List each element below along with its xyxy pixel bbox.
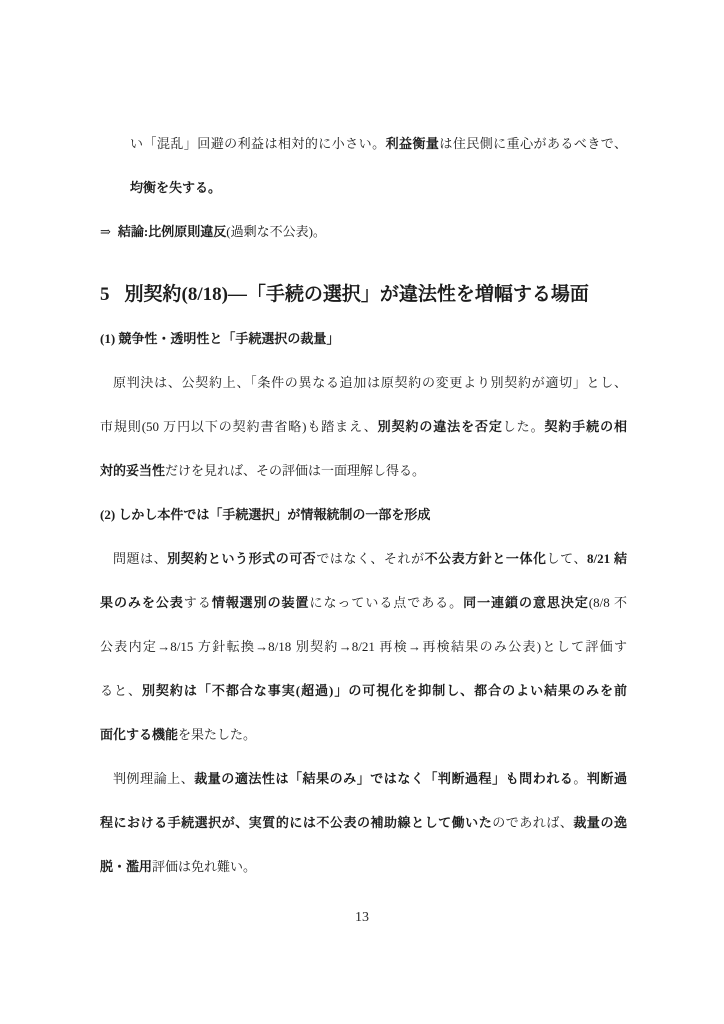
text-run: 判例理論上、 [113, 771, 194, 786]
text-run: だけを見れば、その評価は一面理解し得る。 [165, 463, 425, 478]
bold-run: 同一連鎖の意思決定 [463, 595, 589, 610]
text-run: い「混乱」回避の利益は相対的に小さい。 [130, 136, 386, 151]
bold-run: 裁量の逸 [573, 815, 627, 830]
bold-run: 情報選別の装置 [212, 595, 310, 610]
subsection-heading-run: (2) しかし本件では「手続選択」が情報統制の一部を形成 [100, 507, 430, 522]
section-number: 5 [100, 284, 110, 305]
conclusion-bold-run: 結論:比例原則違反 [118, 224, 226, 239]
text-run: を果たした。 [178, 727, 256, 742]
bold-run: 程における手続選択が、実質的には不公表の補助線として働いた [100, 815, 492, 830]
text-run: 原判決は、公契約上、「条件の異なる追加は原契約の変更より別契約が適切」とし、 [113, 375, 627, 390]
bold-run: 判断過 [587, 771, 627, 786]
text-run: 市規則(50 万円以下の契約書省略)も踏まえ、 [100, 419, 378, 434]
implies-arrow-icon: ⇒ [100, 224, 111, 239]
text-run: して、 [547, 551, 587, 566]
paragraph-line: 程における手続選択が、実質的には不公表の補助線として働いたのであれば、裁量の逸 [100, 801, 627, 845]
text-run: (8/8 不 [589, 595, 627, 610]
subsection-heading-run: (1) 競争性・透明性と「手続選択の裁量」 [100, 331, 339, 346]
paragraph-line: 公表内定→8/15 方針転換→8/18 別契約→8/21 再検→再検結果のみ公表… [100, 625, 627, 669]
paragraph-line: ると、別契約は「不都合な事実(超過)」の可視化を抑制し、都合のよい結果のみを前 [100, 669, 627, 713]
bold-run: 別契約の違法を否定 [378, 419, 503, 434]
page-footer: 13 [0, 904, 724, 932]
bold-run: 裁量の適法性は「結果のみ」ではなく「判断過程」も問われる [194, 771, 573, 786]
text-run: ではなく、それが [316, 551, 424, 566]
paragraph-line: 果のみを公表する情報選別の装置になっている点である。同一連鎖の意思決定(8/8 … [100, 581, 627, 625]
bold-run: 契約手続の相 [544, 419, 627, 434]
bold-run: 不公表方針と一体化 [425, 551, 547, 566]
section-title: 別契約(8/18)—「手続の選択」が違法性を増幅する場面 [125, 284, 589, 305]
text-run: した。 [503, 419, 545, 434]
paragraph-line: 脱・濫用評価は免れ難い。 [100, 845, 627, 889]
bold-run: 利益衡量 [386, 136, 440, 151]
paragraph-line: 対的妥当性だけを見れば、その評価は一面理解し得る。 [100, 449, 627, 493]
bold-run: 対的妥当性 [100, 463, 165, 478]
text-run: する [184, 595, 212, 610]
paragraph-line: 問題は、別契約という形式の可否ではなく、それが不公表方針と一体化して、8/21 … [100, 537, 627, 581]
text-run: のであれば、 [492, 815, 573, 830]
bold-run: 別契約は「不都合な事実(超過)」の可視化を抑制し、都合のよい結果のみを前 [142, 683, 627, 698]
carryover-paragraph-line-2: 均衡を失する。 [100, 166, 627, 210]
bold-run: 面化する機能 [100, 727, 178, 742]
paragraph-line: 原判決は、公契約上、「条件の異なる追加は原契約の変更より別契約が適切」とし、 [100, 361, 627, 405]
text-run: 公表内定→8/15 方針転換→8/18 別契約→8/21 再検→再検結果のみ公表… [100, 639, 627, 654]
bold-run: 果のみを公表 [100, 595, 184, 610]
bold-run: 別契約という形式の可否 [167, 551, 316, 566]
subsection-1-heading: (1) 競争性・透明性と「手続選択の裁量」 [100, 317, 627, 361]
subsection-2-heading: (2) しかし本件では「手続選択」が情報統制の一部を形成 [100, 493, 627, 537]
page-number: 13 [355, 910, 369, 925]
text-run: になっている点である。 [310, 595, 464, 610]
text-run: 問題は、 [113, 551, 167, 566]
bold-run: 脱・濫用 [100, 859, 152, 874]
body-text: い「混乱」回避の利益は相対的に小さい。利益衡量は住民側に重心があるべきで、 均衡… [100, 122, 627, 889]
paragraph-line: 判例理論上、裁量の適法性は「結果のみ」ではなく「判断過程」も問われる。判断過 [100, 757, 627, 801]
paragraph-line: 面化する機能を果たした。 [100, 713, 627, 757]
bold-run: 8/21 結 [587, 551, 627, 566]
text-run: (過剰な不公表)。 [226, 224, 326, 239]
paragraph-line: 市規則(50 万円以下の契約書省略)も踏まえ、別契約の違法を否定した。契約手続の… [100, 405, 627, 449]
section-5-heading: 5別契約(8/18)—「手続の選択」が違法性を増幅する場面 [100, 273, 627, 317]
text-run: ると、 [100, 683, 142, 698]
carryover-paragraph-line-1: い「混乱」回避の利益は相対的に小さい。利益衡量は住民側に重心があるべきで、 [100, 122, 627, 166]
text-run: 。 [573, 771, 587, 786]
conclusion-line: ⇒結論:比例原則違反(過剰な不公表)。 [100, 210, 627, 254]
text-run: は住民側に重心があるべきで、 [439, 136, 627, 151]
document-page: い「混乱」回避の利益は相対的に小さい。利益衡量は住民側に重心があるべきで、 均衡… [0, 0, 724, 1024]
bold-run: 均衡を失する。 [130, 180, 221, 195]
text-run: 評価は免れ難い。 [152, 859, 256, 874]
